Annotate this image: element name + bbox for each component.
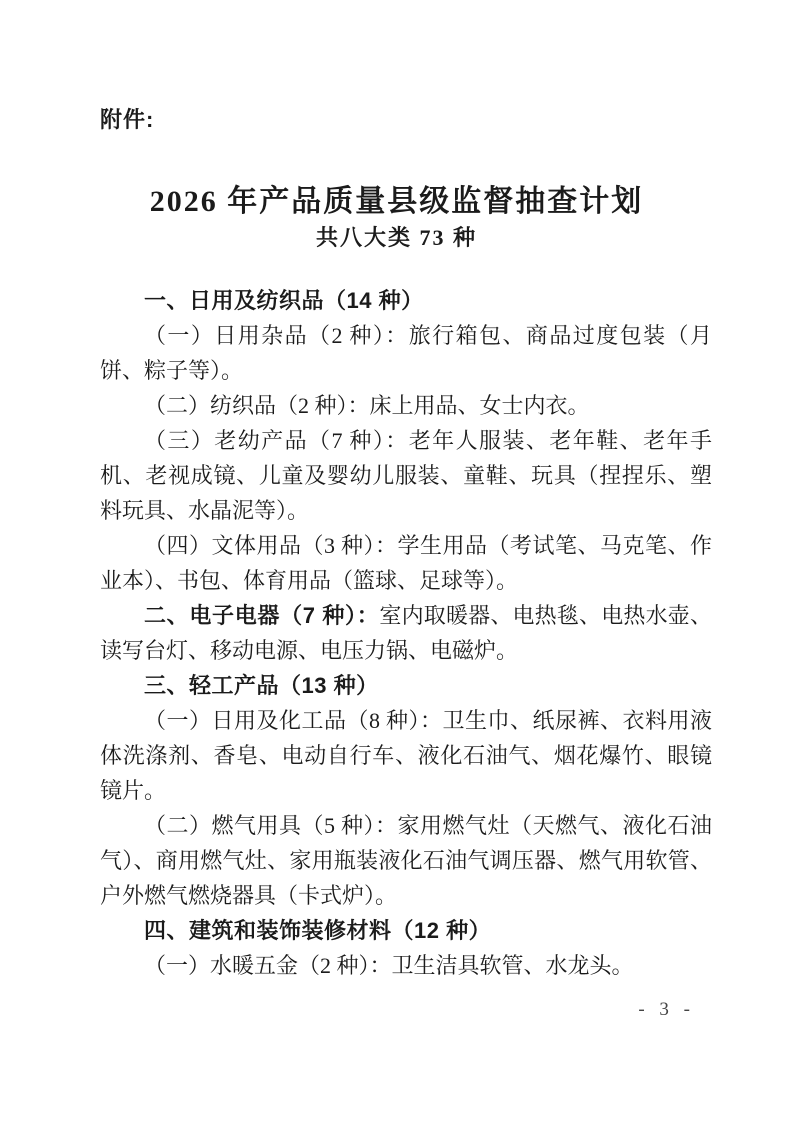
paragraph-text: （一）水暖五金（2 种）：卫生洁具软管、水龙头。 xyxy=(144,953,634,978)
body-paragraph: （一）水暖五金（2 种）：卫生洁具软管、水龙头。 xyxy=(100,948,712,983)
paragraph-text: （一）日用及化工品（8 种）：卫生巾、纸尿裤、衣料用液体洗涤剂、香皂、电动自行车… xyxy=(100,708,712,803)
section-heading-3: 三、轻工产品（13 种） xyxy=(100,668,712,703)
page-number: - 3 - xyxy=(638,999,695,1021)
body-paragraph: （四）文体用品（3 种）：学生用品（考试笔、马克笔、作业本）、书包、体育用品（篮… xyxy=(100,528,712,598)
section-heading-2-text: 二、电子电器（7 种）： xyxy=(144,603,379,628)
document-subtitle: 共八大类 73 种 xyxy=(0,221,793,252)
section-heading-4-text: 四、建筑和装饰装修材料（12 种） xyxy=(144,918,491,943)
body-paragraph: （二）纺织品（2 种）：床上用品、女士内衣。 xyxy=(100,388,712,423)
paragraph-text: （二）燃气用具（5 种）：家用燃气灶（天燃气、液化石油气）、商用燃气灶、家用瓶装… xyxy=(100,813,712,908)
body-paragraph: （三）老幼产品（7 种）：老年人服装、老年鞋、老年手机、老视成镜、儿童及婴幼儿服… xyxy=(100,423,712,528)
body-paragraph: （二）燃气用具（5 种）：家用燃气灶（天燃气、液化石油气）、商用燃气灶、家用瓶装… xyxy=(100,808,712,913)
document-body: 一、日用及纺织品（14 种） （一）日用杂品（2 种）：旅行箱包、商品过度包装（… xyxy=(100,283,712,983)
paragraph-text: （一）日用杂品（2 种）：旅行箱包、商品过度包装（月饼、粽子等）。 xyxy=(100,323,712,383)
body-paragraph: （一）日用及化工品（8 种）：卫生巾、纸尿裤、衣料用液体洗涤剂、香皂、电动自行车… xyxy=(100,703,712,808)
attachment-label: 附件: xyxy=(100,103,154,134)
section-heading-1-text: 一、日用及纺织品（14 种） xyxy=(144,288,424,313)
body-paragraph: （一）日用杂品（2 种）：旅行箱包、商品过度包装（月饼、粽子等）。 xyxy=(100,318,712,388)
paragraph-text: （四）文体用品（3 种）：学生用品（考试笔、马克笔、作业本）、书包、体育用品（篮… xyxy=(100,533,712,593)
document-page: 附件: 2026 年产品质量县级监督抽查计划 共八大类 73 种 一、日用及纺织… xyxy=(0,0,793,1121)
section-heading-4: 四、建筑和装饰装修材料（12 种） xyxy=(100,913,712,948)
paragraph-text: （二）纺织品（2 种）：床上用品、女士内衣。 xyxy=(144,393,590,418)
paragraph-text: （三）老幼产品（7 种）：老年人服装、老年鞋、老年手机、老视成镜、儿童及婴幼儿服… xyxy=(100,428,712,523)
section-heading-1: 一、日用及纺织品（14 种） xyxy=(100,283,712,318)
section-heading-2: 二、电子电器（7 种）：室内取暖器、电热毯、电热水壶、读写台灯、移动电源、电压力… xyxy=(100,598,712,668)
document-title: 2026 年产品质量县级监督抽查计划 xyxy=(0,176,793,220)
section-heading-3-text: 三、轻工产品（13 种） xyxy=(144,673,379,698)
